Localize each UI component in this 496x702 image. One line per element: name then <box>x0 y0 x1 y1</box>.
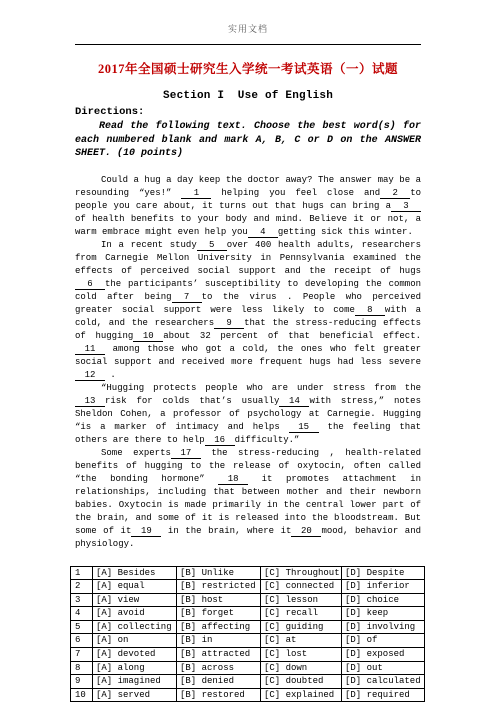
option-cell-d: [D] required <box>342 688 425 702</box>
option-cell-c: [C] recall <box>261 607 342 621</box>
options-table-body: 1[A] Besides[B] Unlike[C] Throughout[D] … <box>71 566 425 702</box>
option-cell-a: [A] served <box>93 688 177 702</box>
numbered-blank-19: 19 <box>131 526 161 537</box>
option-cell-b: [B] affecting <box>177 620 261 634</box>
numbered-blank-10: 10 <box>133 331 163 342</box>
option-cell-c: [C] doubted <box>261 675 342 689</box>
question-number: 4 <box>71 607 93 621</box>
numbered-blank-1: 1 <box>181 188 211 199</box>
option-row: 10[A] served[B] restored[C] explained[D]… <box>71 688 425 702</box>
numbered-blank-16: 16 <box>205 435 235 446</box>
option-cell-d: [D] out <box>342 661 425 675</box>
option-cell-d: [D] exposed <box>342 648 425 662</box>
option-cell-d: [D] calculated <box>342 675 425 689</box>
option-row: 9[A] imagined[B] denied[C] doubted[D] ca… <box>71 675 425 689</box>
option-cell-d: [D] involving <box>342 620 425 634</box>
question-number: 5 <box>71 620 93 634</box>
numbered-blank-12: 12 <box>75 370 105 381</box>
option-cell-c: [C] down <box>261 661 342 675</box>
option-cell-a: [A] imagined <box>93 675 177 689</box>
numbered-blank-3: 3 <box>391 201 421 212</box>
option-cell-b: [B] attracted <box>177 648 261 662</box>
option-cell-a: [A] collecting <box>93 620 177 634</box>
option-cell-c: [C] lesson <box>261 593 342 607</box>
passage-paragraph: “Hugging protects people who are under s… <box>75 382 421 447</box>
question-number: 1 <box>71 566 93 580</box>
document-page: 实用文档 2017年全国硕士研究生入学统一考试英语（一）试题 Section I… <box>0 0 496 702</box>
question-number: 3 <box>71 593 93 607</box>
page-header-watermark: 实用文档 <box>0 0 496 35</box>
directions-label: Directions: <box>75 106 421 118</box>
numbered-blank-7: 7 <box>172 292 202 303</box>
option-cell-b: [B] across <box>177 661 261 675</box>
numbered-blank-18: 18 <box>218 474 248 485</box>
question-number: 8 <box>71 661 93 675</box>
numbered-blank-8: 8 <box>355 305 385 316</box>
question-number: 6 <box>71 634 93 648</box>
directions-text: Read the following text. Choose the best… <box>75 120 421 161</box>
option-row: 6[A] on[B] in[C] at[D] of <box>71 634 425 648</box>
option-cell-a: [A] equal <box>93 580 177 594</box>
option-cell-a: [A] on <box>93 634 177 648</box>
numbered-blank-14: 14 <box>279 396 309 407</box>
option-cell-c: [C] lost <box>261 648 342 662</box>
option-cell-b: [B] in <box>177 634 261 648</box>
question-number: 2 <box>71 580 93 594</box>
option-cell-a: [A] view <box>93 593 177 607</box>
option-cell-b: [B] restored <box>177 688 261 702</box>
option-row: 5[A] collecting[B] affecting[C] guiding[… <box>71 620 425 634</box>
numbered-blank-9: 9 <box>214 318 244 329</box>
option-row: 2[A] equal[B] restricted[C] connected[D]… <box>71 580 425 594</box>
option-row: 4[A] avoid[B] forget[C] recall[D] keep <box>71 607 425 621</box>
question-number: 7 <box>71 648 93 662</box>
option-cell-d: [D] inferior <box>342 580 425 594</box>
numbered-blank-15: 15 <box>289 422 319 433</box>
option-cell-c: [C] at <box>261 634 342 648</box>
option-cell-c: [C] connected <box>261 580 342 594</box>
option-cell-b: [B] host <box>177 593 261 607</box>
option-cell-a: [A] Besides <box>93 566 177 580</box>
question-number: 10 <box>71 688 93 702</box>
option-cell-a: [A] along <box>93 661 177 675</box>
option-row: 3[A] view[B] host[C] lesson[D] choice <box>71 593 425 607</box>
numbered-blank-2: 2 <box>380 188 410 199</box>
option-cell-b: [B] restricted <box>177 580 261 594</box>
passage-paragraph: Some experts17 the stress-reducing , hea… <box>75 447 421 551</box>
option-row: 8[A] along[B] across[C] down[D] out <box>71 661 425 675</box>
option-cell-d: [D] of <box>342 634 425 648</box>
option-cell-c: [C] guiding <box>261 620 342 634</box>
option-row: 1[A] Besides[B] Unlike[C] Throughout[D] … <box>71 566 425 580</box>
option-cell-c: [C] explained <box>261 688 342 702</box>
option-cell-b: [B] Unlike <box>177 566 261 580</box>
numbered-blank-4: 4 <box>248 227 278 238</box>
passage-paragraph: In a recent study5over 400 health adults… <box>75 239 421 382</box>
header-rule <box>75 44 421 45</box>
option-cell-a: [A] devoted <box>93 648 177 662</box>
option-cell-b: [B] denied <box>177 675 261 689</box>
numbered-blank-5: 5 <box>197 240 227 251</box>
numbered-blank-13: 13 <box>75 396 105 407</box>
passage: Could a hug a day keep the doctor away? … <box>75 174 421 551</box>
option-row: 7[A] devoted[B] attracted[C] lost[D] exp… <box>71 648 425 662</box>
option-cell-d: [D] Despite <box>342 566 425 580</box>
option-cell-a: [A] avoid <box>93 607 177 621</box>
numbered-blank-6: 6 <box>75 279 105 290</box>
page-content: 2017年全国硕士研究生入学统一考试英语（一）试题 Section I Use … <box>75 59 421 702</box>
page-title: 2017年全国硕士研究生入学统一考试英语（一）试题 <box>75 59 421 77</box>
section-heading: Section I Use of English <box>75 90 421 102</box>
option-cell-c: [C] Throughout <box>261 566 342 580</box>
numbered-blank-17: 17 <box>171 448 201 459</box>
passage-paragraph: Could a hug a day keep the doctor away? … <box>75 174 421 239</box>
option-cell-d: [D] choice <box>342 593 425 607</box>
option-cell-b: [B] forget <box>177 607 261 621</box>
question-number: 9 <box>71 675 93 689</box>
numbered-blank-11: 11 <box>75 344 105 355</box>
options-table: 1[A] Besides[B] Unlike[C] Throughout[D] … <box>70 566 425 702</box>
numbered-blank-20: 20 <box>291 526 321 537</box>
option-cell-d: [D] keep <box>342 607 425 621</box>
